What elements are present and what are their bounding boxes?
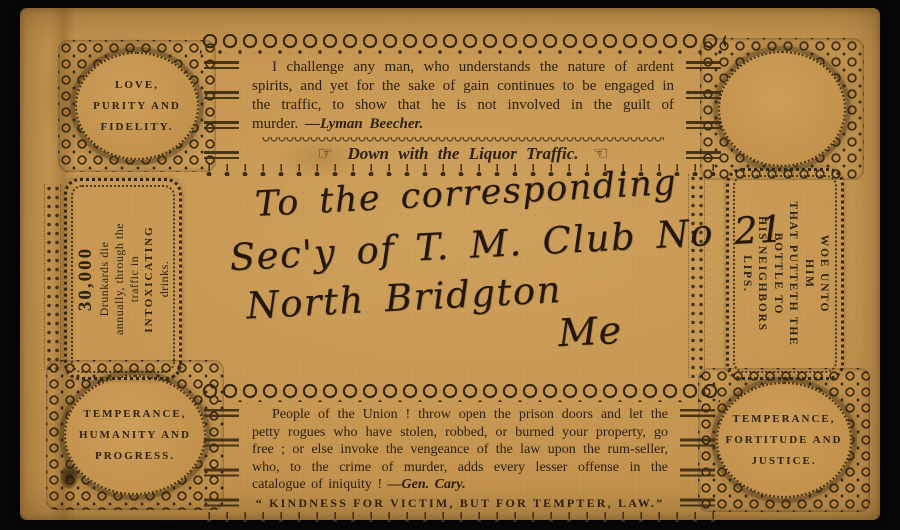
- medallion-text: FIDELITY.: [101, 121, 174, 133]
- quote-attribution: —Lyman Beecher.: [305, 116, 423, 132]
- blank-stamp-oval: [718, 51, 846, 167]
- left-panel-drunkards-statistic: 30,000 Drunkards die annually, through t…: [64, 178, 182, 380]
- panel-line: annually, through the: [112, 223, 127, 335]
- medallion-oval: LOVE, PURITY AND FIDELITY.: [75, 52, 199, 160]
- medallion-text: PROGRESS.: [95, 450, 175, 462]
- panel-line: HIM: [801, 259, 817, 289]
- medallion-text: TEMPERANCE,: [84, 408, 187, 420]
- ornament-column: [200, 404, 244, 510]
- pointing-hand-right-icon: ☞: [317, 146, 333, 162]
- ornament-column: [200, 56, 244, 162]
- ornament-border-row: [200, 34, 726, 54]
- ornament-column: [676, 404, 720, 510]
- medallion-top-left: LOVE, PURITY AND FIDELITY.: [58, 40, 216, 172]
- wavy-divider: [262, 137, 664, 142]
- cary-quote: People of the Union ! throw open the pri…: [252, 406, 668, 494]
- medallion-text: HUMANITY AND: [79, 429, 191, 441]
- panel-line: INTOXICATING: [142, 225, 157, 332]
- medallion-oval: TEMPERANCE, FORTITUDE AND JUSTICE.: [716, 382, 852, 498]
- handwritten-address: To the corresponding Sec'y of T. M. Club…: [220, 156, 711, 396]
- panel-line: 30,000: [75, 247, 97, 311]
- quote-attribution: —Gen. Cary.: [388, 477, 466, 492]
- banner-text: Down with the Liquor Traffic.: [347, 144, 578, 164]
- panel-line: traffic in: [127, 256, 142, 302]
- cary-quote-block: People of the Union ! throw open the pri…: [200, 384, 720, 522]
- address-line: Me: [557, 303, 709, 355]
- medallion-oval: TEMPERANCE, HUMANITY AND PROGRESS.: [64, 375, 206, 495]
- medallion-text: JUSTICE.: [751, 455, 816, 467]
- medallion-text: PURITY AND: [93, 100, 181, 112]
- rotated-text-block: WOE UNTO HIM THAT PUTTETH THE BOTTLE TO …: [735, 176, 835, 372]
- panel-line: THAT PUTTETH THE: [785, 201, 801, 346]
- ornament-drops-row: [200, 512, 720, 523]
- panel-line: LIPS.: [739, 255, 755, 292]
- beecher-quote-block: I challenge any man, who understands the…: [200, 34, 726, 176]
- medallion-text: TEMPERANCE,: [733, 413, 836, 425]
- medallion-bottom-left: TEMPERANCE, HUMANITY AND PROGRESS.: [46, 360, 224, 510]
- panel-line: Drunkards die: [97, 242, 112, 317]
- ornament-border-row: [200, 384, 720, 402]
- medallion-text: FORTITUDE AND: [726, 434, 843, 446]
- right-panel-woe-unto: WOE UNTO HIM THAT PUTTETH THE BOTTLE TO …: [726, 168, 844, 380]
- panel-line: WOE UNTO: [816, 235, 832, 313]
- medallion-text: LOVE,: [115, 79, 159, 91]
- kindness-motto: “ KINDNESS FOR VICTIM, BUT FOR TEMPTER, …: [252, 496, 668, 511]
- beecher-quote: I challenge any man, who understands the…: [252, 58, 674, 134]
- ornament-column: [682, 56, 726, 162]
- rotated-text-block: 30,000 Drunkards die annually, through t…: [73, 186, 173, 372]
- left-scroll-ornament: [44, 184, 61, 370]
- medallion-bottom-right: TEMPERANCE, FORTITUDE AND JUSTICE.: [698, 368, 870, 512]
- panel-line: drinks.: [157, 261, 172, 298]
- temperance-envelope: LOVE, PURITY AND FIDELITY. TEMPERANCE, H…: [20, 8, 880, 520]
